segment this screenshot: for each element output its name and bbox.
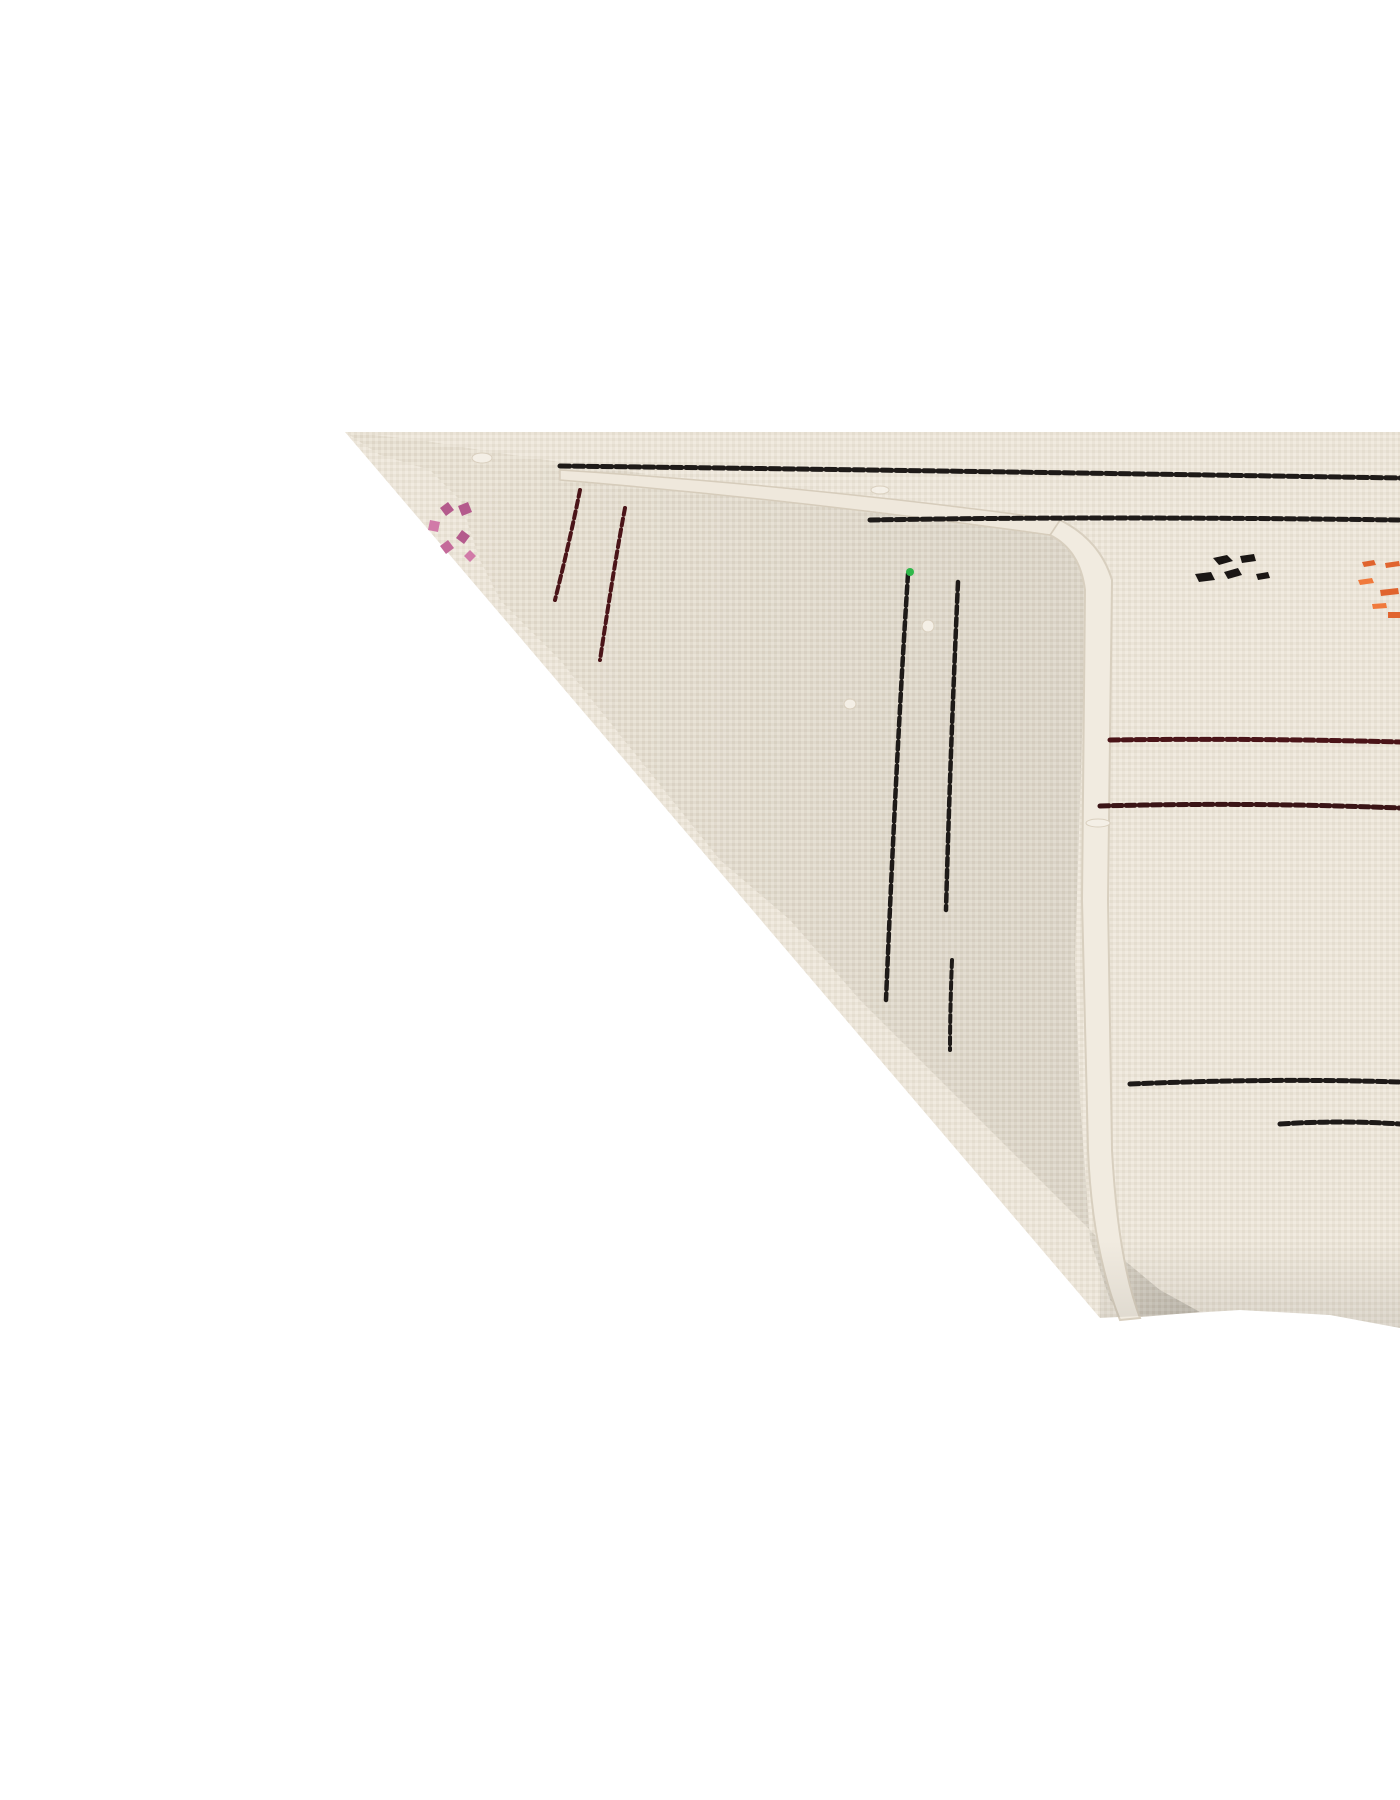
- product-photo: [0, 0, 1400, 1800]
- rug-illustration: [0, 0, 1400, 1800]
- green-thread: [906, 568, 914, 576]
- bottom-shadow: [1100, 1240, 1400, 1328]
